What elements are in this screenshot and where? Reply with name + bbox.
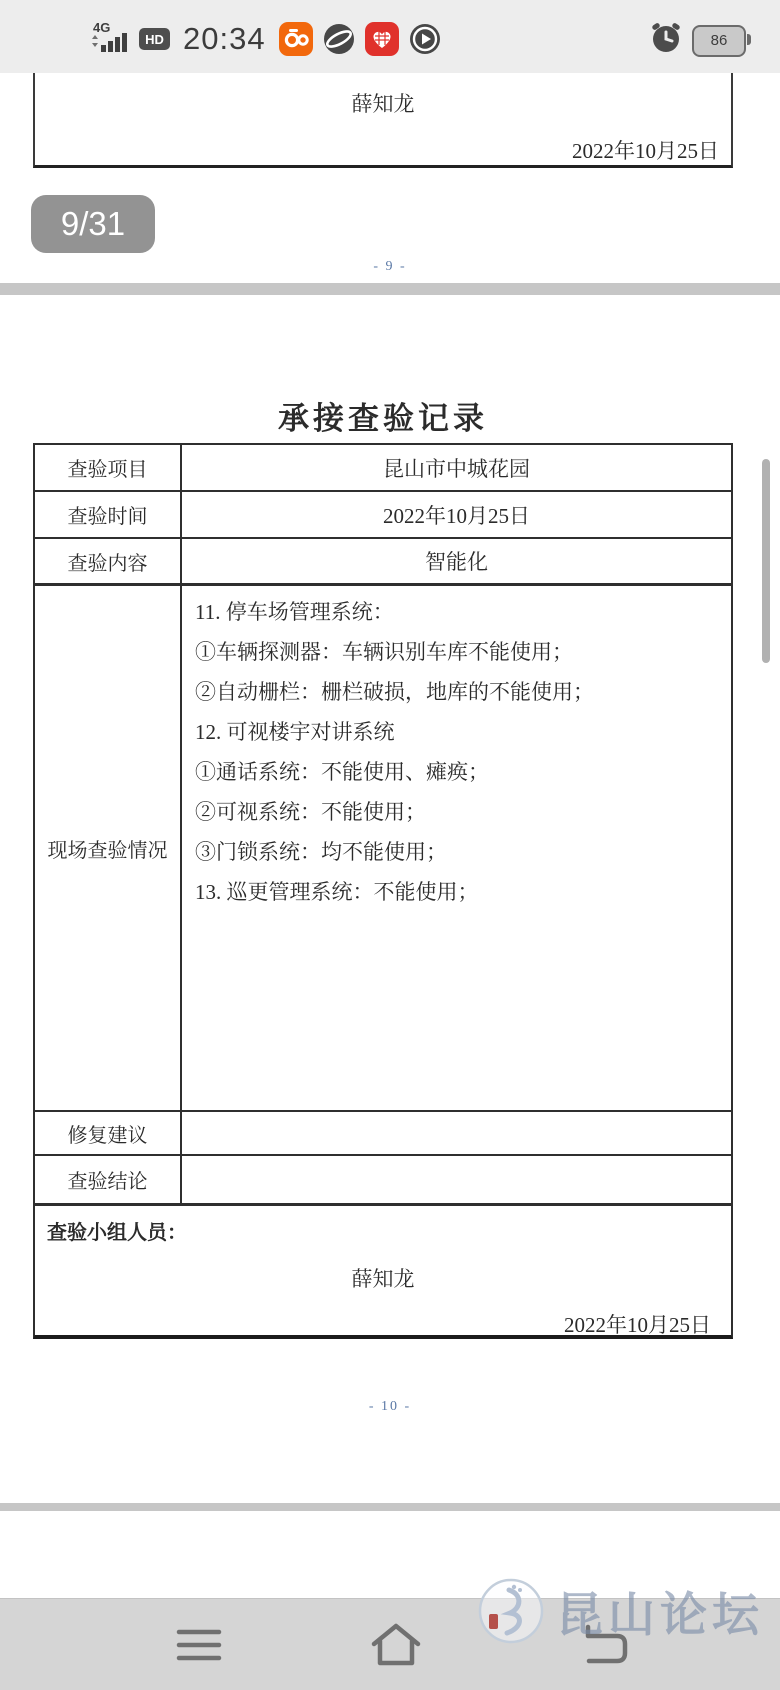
row-label: 查验项目 xyxy=(35,445,182,490)
conclusion-row: 查验结论 xyxy=(35,1154,731,1203)
table-row: 查验时间 2022年10月25日 xyxy=(35,490,731,537)
row-value: 昆山市中城花园 xyxy=(182,445,731,490)
row-label: 查验内容 xyxy=(35,539,182,583)
hd-voice-icon: HD xyxy=(139,28,170,50)
inspection-record-table: 查验项目 昆山市中城花园 查验时间 2022年10月25日 查验内容 智能化 现… xyxy=(33,443,733,1339)
red-heart-notification-icon xyxy=(365,22,399,56)
inspection-line: ①通话系统：不能使用、瘫痪； xyxy=(195,752,731,792)
page-separator xyxy=(0,1503,780,1511)
battery-indicator: 86 xyxy=(692,25,746,57)
site-inspection-row: 现场查验情况 11. 停车场管理系统： ①车辆探测器：车辆识别车库不能使用； ②… xyxy=(35,583,731,1110)
page-separator xyxy=(0,283,780,295)
page9-table-fragment: 薛知龙 2022年10月25日 xyxy=(33,73,733,168)
page9-date: 2022年10月25日 xyxy=(35,135,731,165)
signature-date: 2022年10月25日 xyxy=(47,1309,719,1339)
navigation-bar xyxy=(0,1598,780,1690)
home-button[interactable] xyxy=(351,1599,441,1690)
inspection-line: 12. 可视楼宇对讲系统 xyxy=(195,712,731,752)
team-label: 查验小组人员： xyxy=(47,1216,719,1245)
inspection-line: 13. 巡更管理系统：不能使用； xyxy=(195,872,731,912)
inspection-line: ③门锁系统：均不能使用； xyxy=(195,832,731,872)
row-label: 现场查验情况 xyxy=(35,586,182,1110)
page-indicator-text: 9/31 xyxy=(61,205,125,243)
battery-level: 86 xyxy=(711,32,728,49)
page9-number: - 9 - xyxy=(0,259,780,275)
menu-button[interactable] xyxy=(154,1599,244,1690)
status-time: 20:34 xyxy=(183,21,266,57)
table-row: 查验项目 昆山市中城花园 xyxy=(35,445,731,490)
row-value xyxy=(182,1156,731,1203)
row-label: 修复建议 xyxy=(35,1112,182,1154)
inspection-line: ②自动栅栏：栅栏破损，地库的不能使用； xyxy=(195,672,731,712)
video-player-notification-icon xyxy=(408,22,442,56)
alarm-clock-icon xyxy=(650,22,682,59)
kuaishou-notification-icon xyxy=(279,22,313,56)
phone-screen: 4G HD 20:34 xyxy=(0,0,780,1690)
row-value: 智能化 xyxy=(182,539,731,583)
row-label: 查验时间 xyxy=(35,492,182,537)
repair-suggestion-row: 修复建议 xyxy=(35,1110,731,1154)
page9-signer: 薛知龙 xyxy=(35,73,731,118)
menu-icon xyxy=(175,1627,223,1663)
back-button[interactable] xyxy=(561,1599,651,1690)
row-label: 查验结论 xyxy=(35,1156,182,1203)
document-page-11-top xyxy=(0,1511,780,1598)
inspection-line: ②可视系统：不能使用； xyxy=(195,792,731,832)
row-value xyxy=(182,1112,731,1154)
signal-4g-icon: 4G xyxy=(88,19,130,60)
row-value: 2022年10月25日 xyxy=(182,492,731,537)
signature-section: 查验小组人员： 薛知龙 2022年10月25日 xyxy=(35,1203,731,1335)
inspection-line: 11. 停车场管理系统： xyxy=(195,592,731,632)
page10-number: - 10 - xyxy=(0,1399,780,1415)
scrollbar-thumb[interactable] xyxy=(762,459,770,663)
status-bar: 4G HD 20:34 xyxy=(0,0,780,74)
table-row: 查验内容 智能化 xyxy=(35,537,731,583)
signature-signer: 薛知龙 xyxy=(47,1263,719,1293)
site-inspection-content: 11. 停车场管理系统： ①车辆探测器：车辆识别车库不能使用； ②自动栅栏：栅栏… xyxy=(182,586,731,1110)
page-indicator-badge: 9/31 xyxy=(31,195,155,253)
document-title: 承接查验记录 xyxy=(33,393,733,438)
back-icon xyxy=(579,1623,633,1667)
browser-planet-notification-icon xyxy=(322,22,356,56)
document-page-10: 承接查验记录 查验项目 昆山市中城花园 查验时间 2022年10月25日 查验内… xyxy=(0,295,780,1503)
svg-text:4G: 4G xyxy=(93,20,110,35)
inspection-line: ①车辆探测器：车辆识别车库不能使用； xyxy=(195,632,731,672)
home-icon xyxy=(369,1621,423,1669)
